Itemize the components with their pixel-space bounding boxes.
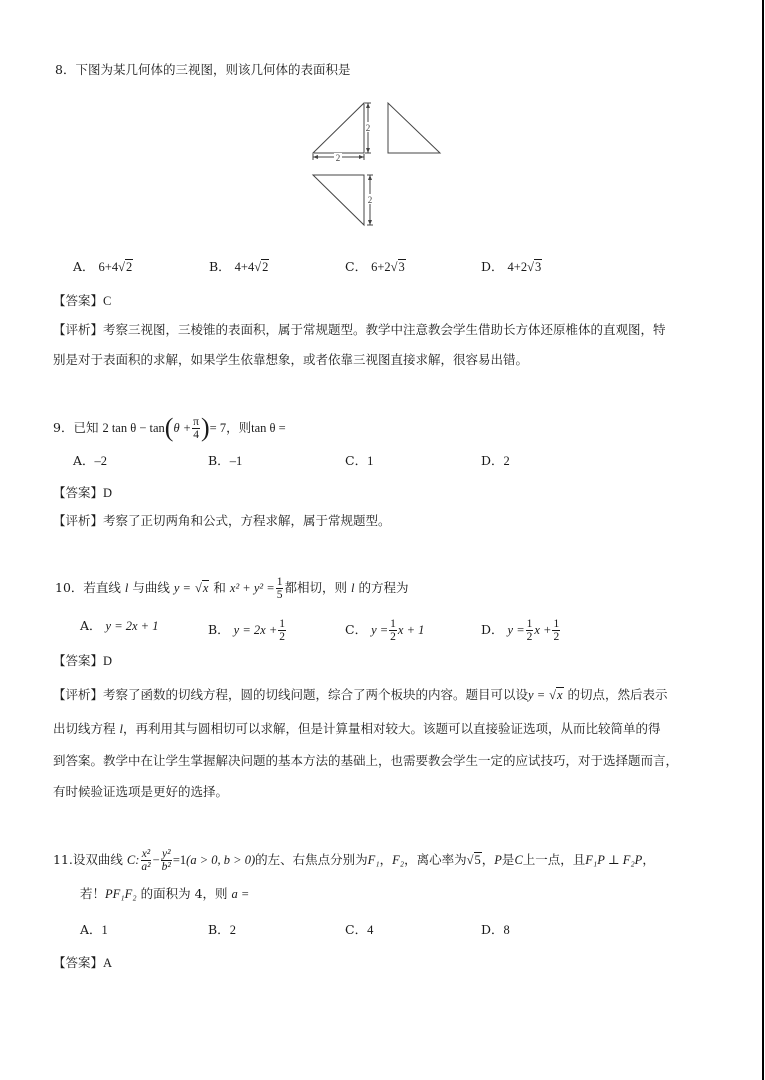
front-view-triangle bbox=[313, 103, 364, 153]
q10-analysis-line2: 出切线方程 l，再利用其与圆相切可以求解，但是计算量相对较大。该题可以直接验证选… bbox=[53, 721, 661, 737]
top-view-triangle bbox=[313, 175, 364, 225]
front-view-width-label: 2 bbox=[336, 153, 341, 163]
q8-stem: 8．下图为某几何体的三视图，则该几何体的表面积是 bbox=[55, 62, 350, 78]
q8-option-a: A． 6+4√2 bbox=[73, 259, 133, 275]
q8-option-c: C． 6+2√3 bbox=[345, 259, 406, 275]
q11-option-a: A．1 bbox=[80, 922, 108, 938]
q9-analysis: 【评析】考察了正切两角和公式，方程求解，属于常规题型。 bbox=[53, 513, 391, 529]
analysis-tag: 【评析】 bbox=[53, 322, 103, 337]
q10-option-a: A． y = 2x + 1 bbox=[80, 618, 158, 634]
q11-option-b: B．2 bbox=[208, 922, 236, 938]
answer-tag: 【答案】 bbox=[53, 293, 103, 308]
q8-three-view-figure: 2 2 2 bbox=[300, 95, 460, 235]
top-view-height-label: 2 bbox=[368, 195, 373, 205]
q9-option-b: B．–1 bbox=[208, 453, 242, 469]
q10-analysis-line4: 有时候验证选项是更好的选择。 bbox=[53, 784, 228, 800]
q9-stem: 9．已知 2 tan θ − tan(θ +π4)= 7，则tan θ = bbox=[53, 416, 286, 441]
q10-analysis-line3: 到答案。教学中在让学生掌握解决问题的基本方法的基础上，也需要教会学生一定的应试技… bbox=[53, 753, 678, 769]
q8-option-b: B． 4+4√2 bbox=[209, 259, 269, 275]
q11-option-c: C．4 bbox=[345, 922, 373, 938]
q8-answer: 【答案】C bbox=[53, 293, 111, 309]
q10-option-d: D． y =12x +12 bbox=[481, 618, 561, 643]
q9-option-d: D．2 bbox=[481, 453, 510, 469]
answer-value: C bbox=[103, 294, 111, 308]
q11-stem-line1: 11.设双曲线 C:x²a²−y²b²=1(a > 0, b > 0)的左、右焦… bbox=[53, 848, 655, 873]
q9-option-c: C．1 bbox=[345, 453, 373, 469]
q8-stem-text: 下图为某几何体的三视图，则该几何体的表面积是 bbox=[75, 62, 350, 77]
q8-option-d: D． 4+2√3 bbox=[481, 259, 542, 275]
q11-stem-line2: 若！PF₁F₂ 的面积为 4，则 a = bbox=[80, 886, 249, 902]
q8-number: 8． bbox=[55, 62, 75, 77]
q10-analysis-line1: 【评析】考察了函数的切线方程，圆的切线问题，综合了两个板块的内容。题目可以设y … bbox=[53, 687, 668, 703]
q10-stem: 10．若直线 l 与曲线 y = √x 和 x² + y² =15都相切，则 l… bbox=[55, 576, 408, 601]
q8-analysis-line2: 别是对于表面积的求解，如果学生依靠想象，或者依靠三视图直接求解，很容易出错。 bbox=[53, 352, 528, 368]
page-right-border bbox=[762, 0, 764, 1080]
q9-option-a: A．–2 bbox=[73, 453, 107, 469]
q9-answer: 【答案】D bbox=[53, 485, 112, 501]
q8-analysis-line1: 【评析】考察三视图，三棱锥的表面积，属于常规题型。教学中注意教会学生借助长方体还… bbox=[53, 322, 666, 338]
q10-option-c: C． y =12x + 1 bbox=[345, 618, 424, 643]
q11-answer: 【答案】A bbox=[53, 955, 112, 971]
side-view-triangle bbox=[388, 103, 440, 153]
q11-option-d: D．8 bbox=[481, 922, 510, 938]
q10-answer: 【答案】D bbox=[53, 653, 112, 669]
q10-option-b: B． y = 2x +12 bbox=[208, 618, 287, 643]
front-view-height-label: 2 bbox=[366, 123, 371, 133]
